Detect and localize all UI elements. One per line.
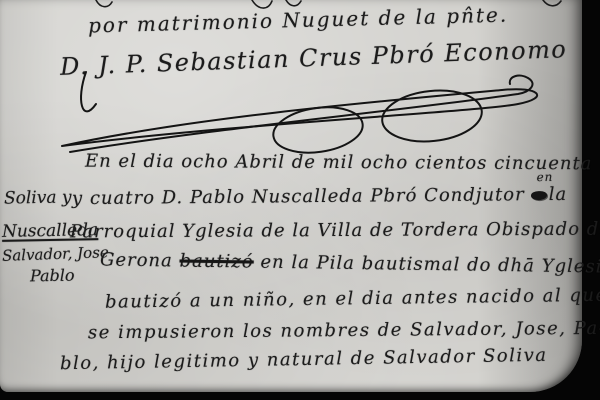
body-line-4-start: Gerona xyxy=(100,249,180,271)
body-line-2-text: y cuatro D. Pablo Nuscalleda Pbró Condju… xyxy=(72,184,525,209)
body-line-5: bautizó a un niño, en el dia antes nacid… xyxy=(105,284,600,312)
body-line-1: En el dia ocho Abril de mil ocho cientos… xyxy=(85,151,593,175)
body-line-2-end: la xyxy=(549,184,568,205)
signature-rubric-flourish xyxy=(50,70,555,158)
superscript-correction: en xyxy=(536,170,553,184)
struck-through-word: bautizó xyxy=(179,251,253,273)
body-line-4: Gerona bautizó en la Pila bautismal do d… xyxy=(100,249,600,277)
body-line-6: se impusieron los nombres de Salvador, J… xyxy=(88,318,600,344)
body-line-7: blo, hijo legitimo y natural de Salvador… xyxy=(60,345,548,375)
body-line-3: Parroquial Yglesia de la Villa de Torder… xyxy=(70,219,600,243)
body-line-4-end: en la Pila bautismal do dhā Yglesia xyxy=(254,252,600,278)
manuscript-page: por matrimonio Nuguet de la pn̂te. D. J.… xyxy=(0,0,582,392)
margin-note-salvador-jose: Salvador, Jose xyxy=(2,243,109,265)
margin-note-soliva: Soliva y xyxy=(4,187,72,208)
margin-note-pablo: Pablo xyxy=(30,266,75,286)
ink-blot: en xyxy=(531,184,547,205)
body-line-2: y cuatro D. Pablo Nuscalleda Pbró Condju… xyxy=(72,184,567,209)
